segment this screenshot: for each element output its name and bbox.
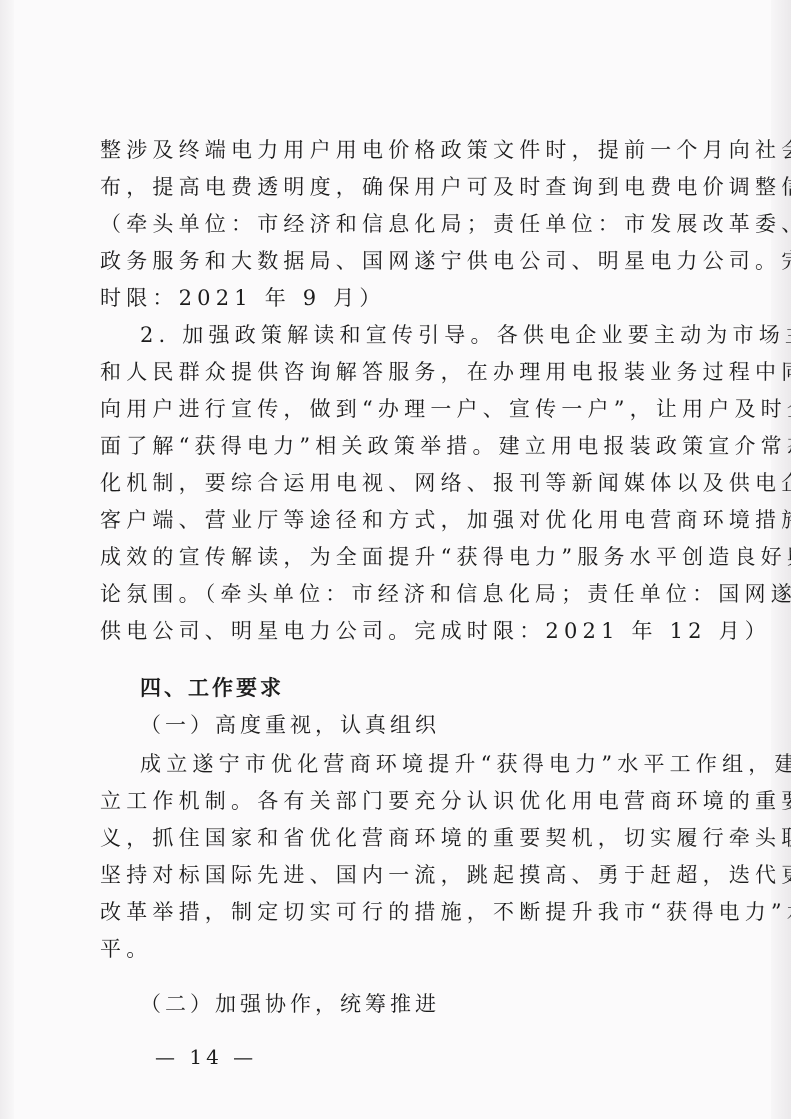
paragraph-line: 成立遂宁市优化营商环境提升“获得电力”水平工作组，建 — [140, 750, 696, 778]
paragraph-line: 成效的宣传解读，为全面提升“获得电力”服务水平创造良好舆 — [100, 543, 696, 571]
paragraph-line: 向用户进行宣传，做到“办理一户、宣传一户”，让用户及时全 — [100, 395, 696, 423]
paragraph-line: 供电公司、明星电力公司。完成时限：2021 年 12 月） — [100, 617, 771, 645]
paragraph-line: 客户端、营业厅等途径和方式，加强对优化用电营商环境措施和 — [100, 506, 696, 534]
section-heading: 四、工作要求 — [140, 674, 284, 702]
scan-edge-left — [0, 0, 14, 1119]
paragraph-line: 改革举措，制定切实可行的措施，不断提升我市“获得电力”水 — [100, 898, 696, 926]
paragraph-line: 立工作机制。各有关部门要充分认识优化用电营商环境的重要意 — [100, 787, 696, 815]
document-page: 整涉及终端电力用户用电价格政策文件时，提前一个月向社会公 布，提高电费透明度，确… — [100, 0, 696, 1119]
paragraph-line: 平。 — [100, 935, 152, 963]
paragraph-line: 面了解“获得电力”相关政策举措。建立用电报装政策宣介常态 — [100, 432, 696, 460]
paragraph-line: 化机制，要综合运用电视、网络、报刊等新闻媒体以及供电企业 — [100, 469, 696, 497]
subsection-title: （二）加强协作，统筹推进 — [140, 990, 440, 1018]
paragraph-line: 论氛围。（牵头单位：市经济和信息化局；责任单位：国网遂宁 — [100, 580, 696, 608]
paragraph-line: 义，抓住国家和省优化营商环境的重要契机，切实履行牵头职责， — [100, 824, 696, 852]
paragraph-line: 整涉及终端电力用户用电价格政策文件时，提前一个月向社会公 — [100, 136, 696, 164]
paragraph-line: （牵头单位：市经济和信息化局；责任单位：市发展改革委、市 — [100, 210, 696, 238]
paragraph-line: 和人民群众提供咨询解答服务，在办理用电报装业务过程中同步 — [100, 358, 696, 386]
paragraph-line: 2. 加强政策解读和宣传引导。各供电企业要主动为市场主体 — [140, 321, 696, 349]
paragraph-line: 时限：2021 年 9 月） — [100, 284, 386, 312]
subsection-title: （一）高度重视，认真组织 — [140, 711, 440, 739]
page-number: — 14 — — [155, 1043, 257, 1071]
paragraph-line: 政务服务和大数据局、国网遂宁供电公司、明星电力公司。完成 — [100, 247, 696, 275]
paragraph-line: 坚持对标国际先进、国内一流，跳起摸高、勇于赶超，迭代更新 — [100, 861, 696, 889]
paragraph-line: 布，提高电费透明度，确保用户可及时查询到电费电价调整信息。 — [100, 173, 696, 201]
